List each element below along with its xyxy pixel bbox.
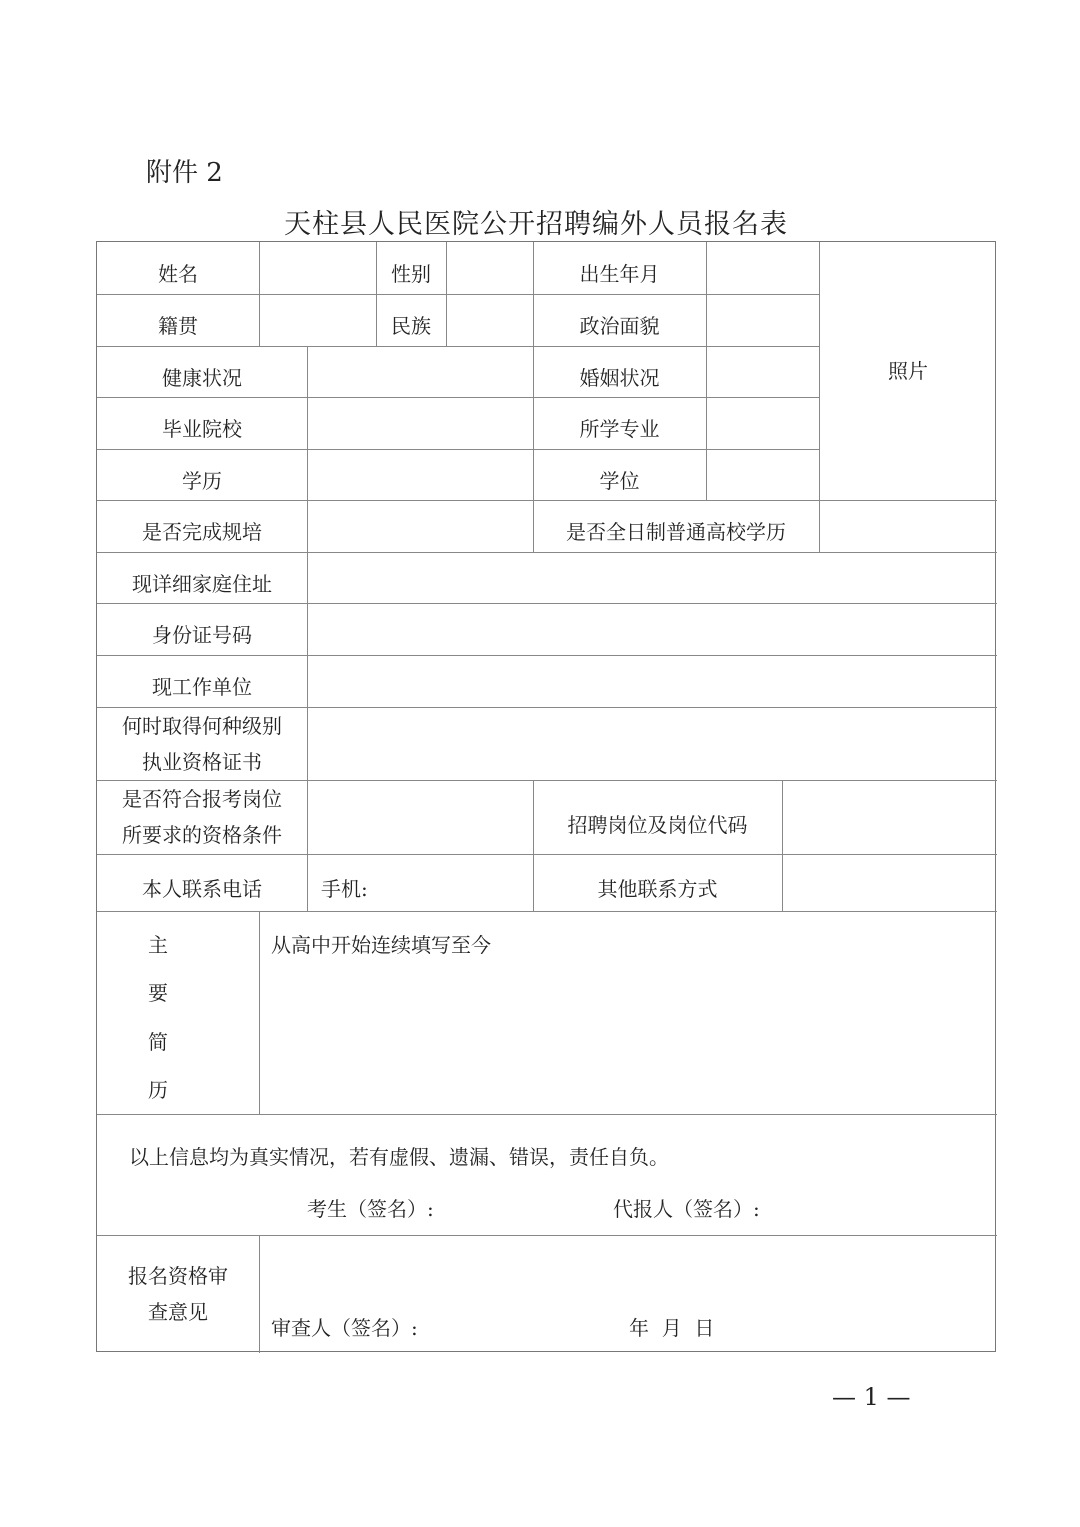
ethnicity-field[interactable] <box>446 294 533 346</box>
health-field[interactable] <box>307 346 533 397</box>
resume-char: 历 <box>148 1072 168 1108</box>
page-number: — 1 — <box>832 1383 911 1411</box>
registration-form-table: 姓名 性别 出生年月 照片 籍贯 民族 政治面貌 健康状况 婚姻状况 毕业院校 … <box>96 241 996 1352</box>
position-code-field[interactable] <box>782 780 997 854</box>
marital-field[interactable] <box>706 346 819 397</box>
major-field[interactable] <box>706 397 819 449</box>
proxy-signature[interactable]: 代报人（签名）: <box>613 1189 833 1229</box>
label-qualification: 是否符合报考岗位 所要求的资格条件 <box>97 780 307 854</box>
id-number-field[interactable] <box>307 603 997 655</box>
employer-field[interactable] <box>307 655 997 707</box>
gender-field[interactable] <box>446 242 533 294</box>
name-field[interactable] <box>259 242 376 294</box>
birth-field[interactable] <box>706 242 819 294</box>
label-review: 报名资格审 查意见 <box>97 1235 259 1353</box>
label-qualification-line1: 是否符合报考岗位 <box>122 781 282 817</box>
resume-char: 主 <box>148 927 168 963</box>
declaration-text: 以上信息均为真实情况，若有虚假、遗漏、错误，责任自负。 <box>129 1137 989 1177</box>
photo-box[interactable]: 照片 <box>819 242 997 500</box>
resume-char: 简 <box>148 1024 168 1060</box>
address-field[interactable] <box>307 552 997 603</box>
attachment-label: 附件 2 <box>146 152 223 189</box>
label-review-line2: 查意见 <box>148 1294 208 1330</box>
training-done-field[interactable] <box>307 500 533 552</box>
education-field[interactable] <box>307 449 533 500</box>
native-place-field[interactable] <box>259 294 376 346</box>
review-date[interactable]: 年 月 日 <box>629 1308 769 1348</box>
resume-hint: 从高中开始连续填写至今 <box>271 927 491 963</box>
label-certificate-line1: 何时取得何种级别 <box>122 708 282 744</box>
resume-char: 要 <box>148 975 168 1011</box>
label-qualification-line2: 所要求的资格条件 <box>122 817 282 853</box>
candidate-signature[interactable]: 考生（签名）: <box>307 1189 507 1229</box>
degree-field[interactable] <box>706 449 819 500</box>
reviewer-signature[interactable]: 审查人（签名）: <box>271 1308 491 1348</box>
label-review-line1: 报名资格审 <box>128 1258 228 1294</box>
fulltime-field[interactable] <box>819 500 997 552</box>
other-contact-field[interactable] <box>782 854 997 911</box>
school-field[interactable] <box>307 397 533 449</box>
label-certificate: 何时取得何种级别 执业资格证书 <box>97 707 307 780</box>
certificate-field[interactable] <box>307 707 997 780</box>
label-resume: 主 要 简 历 <box>77 911 239 1114</box>
political-status-field[interactable] <box>706 294 819 346</box>
form-title: 天柱县人民医院公开招聘编外人员报名表 <box>284 202 788 241</box>
label-certificate-line2: 执业资格证书 <box>142 744 262 780</box>
qualification-field[interactable] <box>307 780 533 854</box>
resume-field[interactable]: 从高中开始连续填写至今 <box>259 911 997 1114</box>
